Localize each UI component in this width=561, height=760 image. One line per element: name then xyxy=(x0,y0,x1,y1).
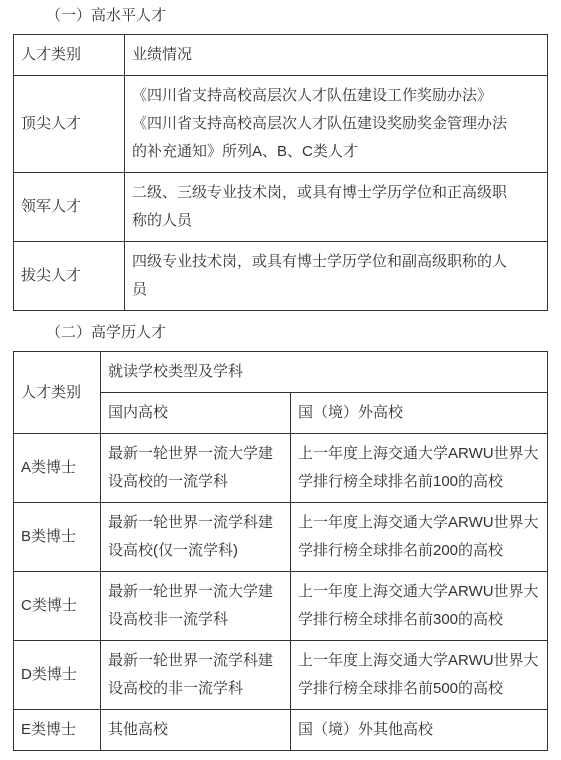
table-row: B类博士 最新一轮世界一流学科建 设高校(仅一流学科) 上一年度上海交通大学AR… xyxy=(14,503,548,572)
overseas-school-cell: 上一年度上海交通大学ARWU世界大 学排行榜全球排名前200的高校 xyxy=(291,503,548,572)
domestic-school-cell: 最新一轮世界一流学科建 设高校(仅一流学科) xyxy=(101,503,291,572)
subheader-cell-overseas: 国（境）外高校 xyxy=(291,393,548,434)
table-row: D类博士 最新一轮世界一流学科建 设高校的非一流学科 上一年度上海交通大学ARW… xyxy=(14,641,548,710)
overseas-school-cell: 上一年度上海交通大学ARWU世界大 学排行榜全球排名前300的高校 xyxy=(291,572,548,641)
talent-category-cell: E类博士 xyxy=(14,710,101,751)
talent-category-cell: B类博士 xyxy=(14,503,101,572)
header-cell-talent-category: 人才类别 xyxy=(14,35,125,76)
table-row: A类博士 最新一轮世界一流大学建 设高校的一流学科 上一年度上海交通大学ARWU… xyxy=(14,434,548,503)
document: （一）高水平人才 人才类别 业绩情况 顶尖人才 《四川省支持高校高层次人才队伍建… xyxy=(0,0,561,757)
overseas-school-cell: 上一年度上海交通大学ARWU世界大 学排行榜全球排名前500的高校 xyxy=(291,641,548,710)
header-cell-performance: 业绩情况 xyxy=(125,35,548,76)
table-row: E类博士 其他高校 国（境）外其他高校 xyxy=(14,710,548,751)
table-row: 拔尖人才 四级专业技术岗，或具有博士学历学位和副高级职称的人 员 xyxy=(14,242,548,311)
domestic-school-cell: 最新一轮世界一流学科建 设高校的非一流学科 xyxy=(101,641,291,710)
table-row: 领军人才 二级、三级专业技术岗，或具有博士学历学位和正高级职 称的人员 xyxy=(14,173,548,242)
talent-category-cell: 领军人才 xyxy=(14,173,125,242)
header-cell-school-type: 就读学校类型及学科 xyxy=(101,352,548,393)
table-header-row: 人才类别 业绩情况 xyxy=(14,35,548,76)
overseas-school-cell: 上一年度上海交通大学ARWU世界大 学排行榜全球排名前100的高校 xyxy=(291,434,548,503)
domestic-school-cell: 最新一轮世界一流大学建 设高校非一流学科 xyxy=(101,572,291,641)
talent-category-cell: C类博士 xyxy=(14,572,101,641)
talent-category-cell: 顶尖人才 xyxy=(14,76,125,173)
high-level-talent-table: 人才类别 业绩情况 顶尖人才 《四川省支持高校高层次人才队伍建设工作奖励办法》 … xyxy=(13,34,548,311)
talent-category-cell: 拔尖人才 xyxy=(14,242,125,311)
subheader-cell-domestic: 国内高校 xyxy=(101,393,291,434)
talent-category-cell: A类博士 xyxy=(14,434,101,503)
header-cell-talent-category: 人才类别 xyxy=(14,352,101,434)
table-header-row: 人才类别 就读学校类型及学科 xyxy=(14,352,548,393)
criteria-cell: 《四川省支持高校高层次人才队伍建设工作奖励办法》 《四川省支持高校高层次人才队伍… xyxy=(125,76,548,173)
table-row: 顶尖人才 《四川省支持高校高层次人才队伍建设工作奖励办法》 《四川省支持高校高层… xyxy=(14,76,548,173)
domestic-school-cell: 其他高校 xyxy=(101,710,291,751)
overseas-school-cell: 国（境）外其他高校 xyxy=(291,710,548,751)
page: { "theme": { "background": "#ffffff", "t… xyxy=(0,0,561,760)
talent-category-cell: D类博士 xyxy=(14,641,101,710)
criteria-cell: 四级专业技术岗，或具有博士学历学位和副高级职称的人 员 xyxy=(125,242,548,311)
criteria-cell: 二级、三级专业技术岗，或具有博士学历学位和正高级职 称的人员 xyxy=(125,173,548,242)
domestic-school-cell: 最新一轮世界一流大学建 设高校的一流学科 xyxy=(101,434,291,503)
section1-heading: （一）高水平人才 xyxy=(46,6,548,26)
table-row: C类博士 最新一轮世界一流大学建 设高校非一流学科 上一年度上海交通大学ARWU… xyxy=(14,572,548,641)
section2-heading: （二）高学历人才 xyxy=(46,323,548,343)
high-education-talent-table: 人才类别 就读学校类型及学科 国内高校 国（境）外高校 A类博士 最新一轮世界一… xyxy=(13,351,548,751)
